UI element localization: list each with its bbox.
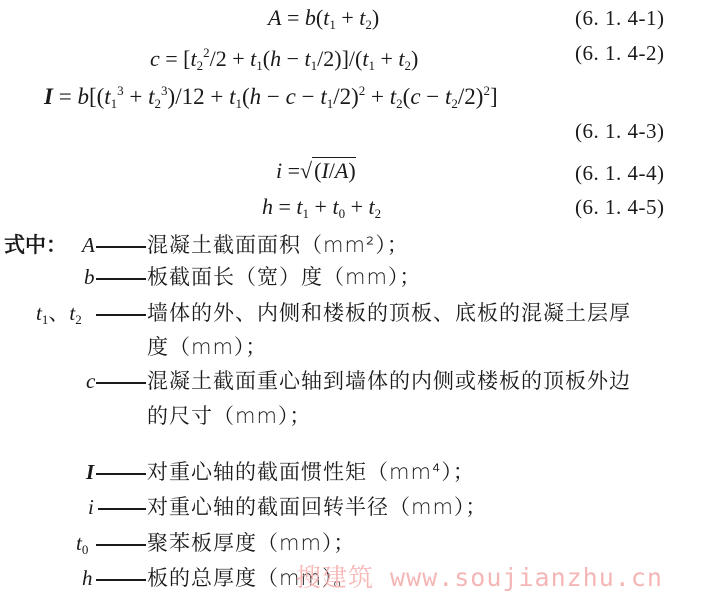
definition-i: 对重心轴的截面回转半径（mm）； xyxy=(147,492,487,522)
em-dash xyxy=(96,314,146,316)
em-dash xyxy=(98,508,146,510)
definition-t1-t2-line2: 度（mm）； xyxy=(147,332,267,362)
definition-A: 混凝土截面面积（mm²）； xyxy=(147,230,409,260)
equation-6-1-4-2: c = [t22/2 + t1(h − t1/2)]/(t1 + t2) xyxy=(150,39,418,80)
definition-t1-t2-line1: 墙体的外、内侧和楼板的顶板、底板的混凝土层厚 xyxy=(147,298,631,328)
equation-6-1-4-4: i =√(I/A) xyxy=(276,157,356,185)
where-label: 式中： xyxy=(4,230,67,260)
em-dash xyxy=(96,382,146,384)
em-dash xyxy=(96,278,146,280)
symbol-i: i xyxy=(88,492,94,522)
definition-t0: 聚苯板厚度（mm）； xyxy=(147,528,355,558)
equation-6-1-4-1: A = b(t1 + t2) xyxy=(268,4,379,39)
equation-number: (6. 1. 4-2) xyxy=(575,39,664,67)
watermark: 搜建筑 www.soujianzhu.cn xyxy=(296,558,663,594)
definition-c-line2: 的尺寸（mm）； xyxy=(147,401,311,431)
definition-b: 板截面长（宽）度（mm）； xyxy=(147,262,421,292)
em-dash xyxy=(96,544,146,546)
equation-6-1-4-3: I = b[(t13 + t23)/12 + t1(h − c − t1/2)2… xyxy=(44,77,498,118)
equation-number: (6. 1. 4-1) xyxy=(575,4,664,32)
em-dash xyxy=(96,473,146,475)
equation-number: (6. 1. 4-5) xyxy=(575,193,664,221)
equation-number: (6. 1. 4-3) xyxy=(575,117,664,145)
symbol-h: h xyxy=(82,563,93,593)
em-dash xyxy=(96,246,146,248)
em-dash xyxy=(96,579,146,581)
definition-c-line1: 混凝土截面重心轴到墙体的内侧或楼板的顶板外边 xyxy=(147,366,631,396)
symbol-A: A xyxy=(82,230,95,260)
symbol-I: I xyxy=(86,457,94,487)
equation-6-1-4-5: h = t1 + t0 + t2 xyxy=(262,193,381,228)
symbol-t0: t0 xyxy=(76,528,88,565)
symbol-t1-t2: t1、t2 xyxy=(36,298,82,335)
definition-I: 对重心轴的截面惯性矩（mm⁴）； xyxy=(147,457,475,487)
symbol-b: b xyxy=(84,262,95,292)
equation-number: (6. 1. 4-4) xyxy=(575,159,664,187)
symbol-c: c xyxy=(86,366,95,396)
